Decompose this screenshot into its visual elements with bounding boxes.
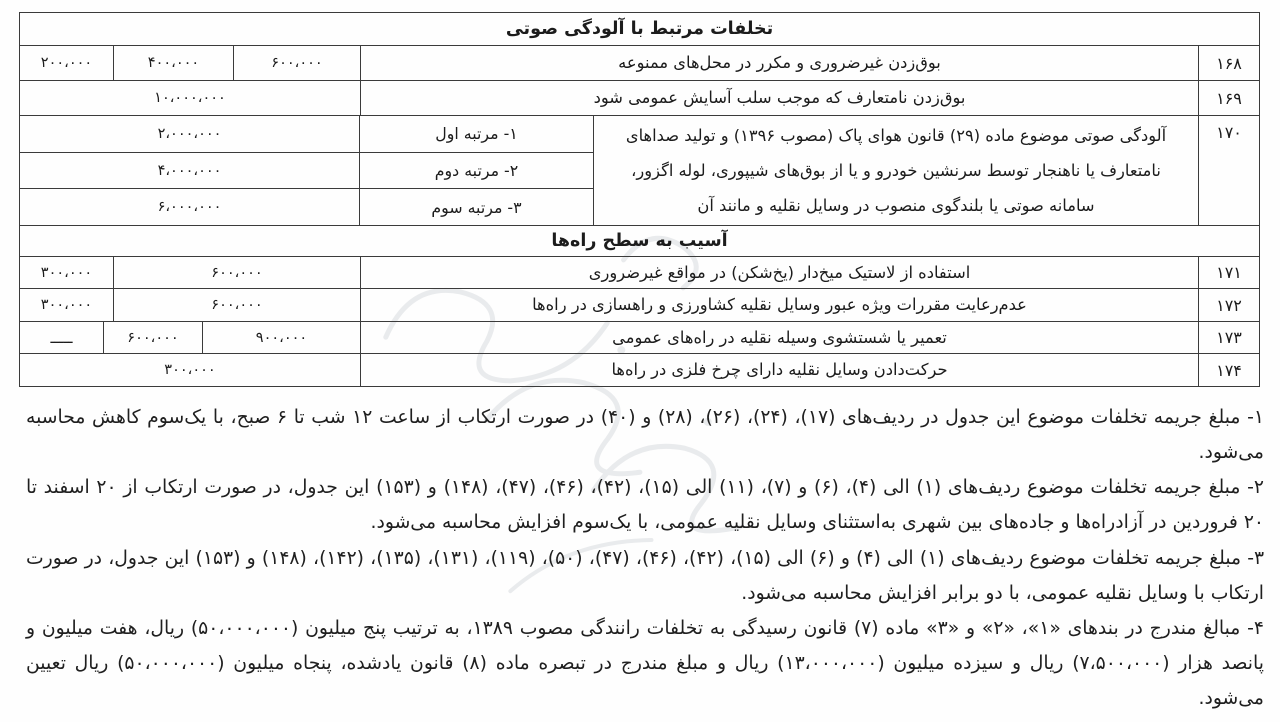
violation-description: بوق‌زدن غیرضروری و مکرر در محل‌های ممنوع…: [361, 46, 1199, 80]
tier-row-2: ۲- مرتبه دوم ۴،۰۰۰،۰۰۰: [20, 152, 593, 189]
fine-amount-col12: ۶۰۰،۰۰۰: [114, 257, 361, 288]
footnote-3: ۳- مبلغ جریمه تخلفات موضوع ردیف‌های (۱) …: [26, 541, 1264, 611]
fine-amount-col12: ۶۰۰،۰۰۰: [114, 289, 361, 321]
violation-description: آلودگی صوتی موضوع ماده (۲۹) قانون هوای پ…: [594, 116, 1199, 225]
row-number: ۱۷۴: [1199, 354, 1259, 386]
fine-amount-col1: ۹۰۰،۰۰۰: [203, 322, 361, 353]
violation-description: تعمیر یا شستشوی وسیله نقلیه در راه‌های ع…: [361, 322, 1199, 353]
footnote-2: ۲- مبلغ جریمه تخلفات موضوع ردیف‌های (۱) …: [26, 470, 1264, 540]
footnote-4: ۴- مبالغ مندرج در بندهای «۱»، «۲» و «۳» …: [26, 611, 1264, 716]
violations-table: تخلفات مرتبط با آلودگی صوتی ۱۶۸ بوق‌زدن …: [19, 12, 1260, 387]
table-row-174: ۱۷۴ حرکت‌دادن وسایل نقلیه دارای چرخ فلزی…: [20, 353, 1259, 386]
fine-amount-col3: ۳۰۰،۰۰۰: [20, 289, 114, 321]
row-number: ۱۶۸: [1199, 46, 1259, 80]
fine-amount-col1: ۶۰۰،۰۰۰: [234, 46, 361, 80]
section-header-road-damage: آسیب به سطح راه‌ها: [20, 225, 1259, 256]
tier-label: ۳- مرتبه سوم: [360, 189, 593, 225]
fine-amount: ۲،۰۰۰،۰۰۰: [20, 116, 360, 152]
table-row-169: ۱۶۹ بوق‌زدن نامتعارف که موجب سلب آسایش ع…: [20, 80, 1259, 115]
tier-label: ۲- مرتبه دوم: [360, 153, 593, 189]
fine-amount-col3: ۳۰۰،۰۰۰: [20, 257, 114, 288]
row-number: ۱۷۲: [1199, 289, 1259, 321]
fine-amount-col3: ۲۰۰،۰۰۰: [20, 46, 114, 80]
fine-amount-merged: ۱۰،۰۰۰،۰۰۰: [20, 81, 361, 115]
violation-description: بوق‌زدن نامتعارف که موجب سلب آسایش عمومی…: [361, 81, 1199, 115]
fine-amount-merged: ۳۰۰،۰۰۰: [20, 354, 361, 386]
footnotes: ۱- مبلغ جریمه تخلفات موضوع این جدول در ر…: [26, 400, 1264, 716]
violation-description: عدم‌رعایت مقررات ویژه عبور وسایل نقلیه ک…: [361, 289, 1199, 321]
section-title: آسیب به سطح راه‌ها: [20, 226, 1259, 256]
tier-block: ۱- مرتبه اول ۲،۰۰۰،۰۰۰ ۲- مرتبه دوم ۴،۰۰…: [20, 116, 594, 225]
table-row-170: ۱۷۰ آلودگی صوتی موضوع ماده (۲۹) قانون هو…: [20, 115, 1259, 225]
tier-label: ۱- مرتبه اول: [360, 116, 593, 152]
violation-description: استفاده از لاستیک میخ‌دار (یخ‌شکن) در مو…: [361, 257, 1199, 288]
scanned-document-page: تخلفات مرتبط با آلودگی صوتی ۱۶۸ بوق‌زدن …: [0, 0, 1280, 722]
row-number: ۱۷۱: [1199, 257, 1259, 288]
table-row-168: ۱۶۸ بوق‌زدن غیرضروری و مکرر در محل‌های م…: [20, 45, 1259, 80]
tier-row-1: ۱- مرتبه اول ۲،۰۰۰،۰۰۰: [20, 116, 593, 152]
fine-amount-col2: ۶۰۰،۰۰۰: [104, 322, 203, 353]
fine-amount: ۶،۰۰۰،۰۰۰: [20, 189, 360, 225]
fine-amount: ۴،۰۰۰،۰۰۰: [20, 153, 360, 189]
fine-amount-col3-dash: ـــــ: [20, 322, 104, 353]
footnote-1: ۱- مبلغ جریمه تخلفات موضوع این جدول در ر…: [26, 400, 1264, 470]
table-row-173: ۱۷۳ تعمیر یا شستشوی وسیله نقلیه در راه‌ه…: [20, 321, 1259, 353]
row-number: ۱۷۰: [1199, 116, 1259, 225]
fine-amount-col2: ۴۰۰،۰۰۰: [114, 46, 234, 80]
section-header-noise-pollution: تخلفات مرتبط با آلودگی صوتی: [20, 13, 1259, 45]
table-row-171: ۱۷۱ استفاده از لاستیک میخ‌دار (یخ‌شکن) د…: [20, 256, 1259, 288]
section-title: تخلفات مرتبط با آلودگی صوتی: [20, 13, 1259, 45]
tier-row-3: ۳- مرتبه سوم ۶،۰۰۰،۰۰۰: [20, 188, 593, 225]
table-row-172: ۱۷۲ عدم‌رعایت مقررات ویژه عبور وسایل نقل…: [20, 288, 1259, 321]
violation-description: حرکت‌دادن وسایل نقلیه دارای چرخ فلزی در …: [361, 354, 1199, 386]
row-number: ۱۷۳: [1199, 322, 1259, 353]
row-number: ۱۶۹: [1199, 81, 1259, 115]
